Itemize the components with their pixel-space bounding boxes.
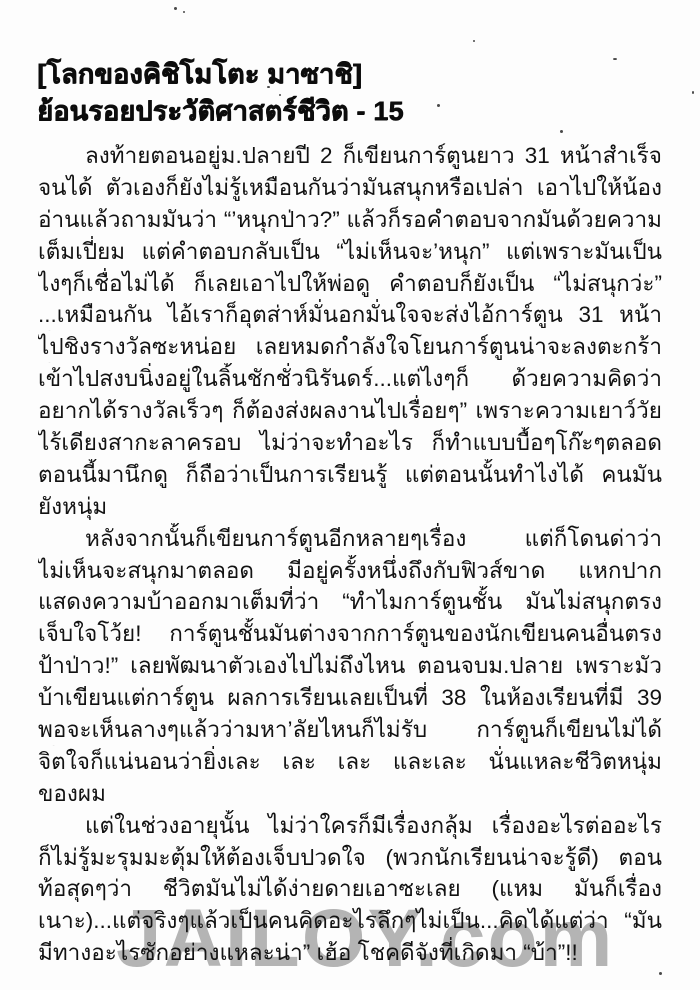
scan-speck <box>560 130 563 133</box>
text-line: บ้าเขียนแต่การ์ตูน ผลการเรียนเลยเป็นที่ … <box>38 682 662 714</box>
paragraph: แต่ในช่วงอายุนั้น ไม่ว่าใครก็มีเรื่องกลุ… <box>38 810 662 969</box>
scan-speck <box>613 58 617 60</box>
scan-speck <box>473 40 475 42</box>
text-line: ไร้เดียงสากะลาครอบ ไม่ว่าจะทำอะไร ก็ทำแบ… <box>38 427 662 459</box>
text-line: ไม่เห็นจะสนุกมาตลอด มีอยู่ครั้งหนึ่งถึงก… <box>38 555 662 587</box>
text-line: จนได้ ตัวเองก็ยังไม่รู้เหมือนกันว่ามันสน… <box>38 172 662 204</box>
series-title: [โลกของคิชิโมโตะ มาซาชิ] <box>37 56 404 93</box>
text-line: ป้าป่าว!” เลยพัฒนาตัวเองไปไม่ถึงไหน ตอนจ… <box>38 650 662 682</box>
paragraph: ลงท้ายตอนอยู่ม.ปลายปี 2 ก็เขียนการ์ตูนยา… <box>38 140 662 523</box>
text-line: ก็ไม่รู้มะรุมมะตุ้มให้ต้องเจ็บปวดใจ (พวก… <box>38 842 662 874</box>
text-line: ท้อสุดๆว่า ชีวิตมันไม่ได้ง่ายดายเอาซะเลย… <box>38 873 662 905</box>
text-line: ไปชิงรางวัลซะหน่อย เลยหมดกำลังใจโยนการ์ต… <box>38 331 662 363</box>
text-line: ยังหนุ่ม <box>38 491 662 523</box>
section-title: ย้อนรอยประวัติศาสตร์ชีวิต - 15 <box>37 93 404 130</box>
paragraph: หลังจากนั้นก็เขียนการ์ตูนอีกหลายๆเรื่อง … <box>38 523 662 810</box>
text-line: เจ็บใจโว้ย! การ์ตูนชั้นมันต่างจากการ์ตูน… <box>38 618 662 650</box>
scan-speck <box>659 972 662 975</box>
text-line: ไงๆก็เชื่อไม่ได้ ก็เลยเอาไปให้พ่อดู คำตอ… <box>38 268 662 300</box>
text-line: อยากได้รางวัลเร็วๆ ก็ต้องส่งผลงานไปเรื่อ… <box>38 395 662 427</box>
text-line: ...เหมือนกัน ไอ้เราก็อุตส่าห์มั่นอกมั่นใ… <box>38 299 662 331</box>
text-line: เต็มเปี่ยม แต่คำตอบกลับเป็น “ไม่เห็นจะ’ห… <box>38 236 662 268</box>
text-line: มีทางอะไรซักอย่างแหละน่า” เฮ้อ โชคดีจังท… <box>38 937 662 969</box>
text-line: จิตใจก็แน่นอนว่ายิ่งเละ เละ เละ และเละ น… <box>38 746 662 778</box>
scan-speck <box>183 11 185 13</box>
scan-speck <box>437 104 440 107</box>
text-line: แต่ในช่วงอายุนั้น ไม่ว่าใครก็มีเรื่องกลุ… <box>38 810 662 842</box>
body-text: ลงท้ายตอนอยู่ม.ปลายปี 2 ก็เขียนการ์ตูนยา… <box>38 140 662 969</box>
text-line: พอจะเห็นลางๆแล้วว่ามหา’ลัยไหนก็ไม่รับ กา… <box>38 714 662 746</box>
scan-speck <box>174 7 177 10</box>
text-line: ลงท้ายตอนอยู่ม.ปลายปี 2 ก็เขียนการ์ตูนยา… <box>38 140 662 172</box>
scan-speck <box>692 91 694 94</box>
text-line: เข้าไปสงบนิ่งอยู่ในลิ้นชักชั่วนิรันดร์..… <box>38 363 662 395</box>
scanned-book-page: JAILOY.com [โลกของคิชิโมโตะ มาซาชิ] ย้อน… <box>0 0 700 990</box>
text-line: หลังจากนั้นก็เขียนการ์ตูนอีกหลายๆเรื่อง … <box>38 523 662 555</box>
text-line: ตอนนี้มานึกดู ก็ถือว่าเป็นการเรียนรู้ แต… <box>38 459 662 491</box>
text-line: แสดงความบ้าออกมาเต็มที่ว่า “ทำไมการ์ตูนช… <box>38 586 662 618</box>
text-line: อ่านแล้วถามมันว่า “’หนุกป่าว?” แล้วก็รอค… <box>38 204 662 236</box>
text-line: เนาะ)...แต่จริงๆแล้วเป็นคนคิดอะไรลึกๆไม่… <box>38 905 662 937</box>
chapter-heading: [โลกของคิชิโมโตะ มาซาชิ] ย้อนรอยประวัติศ… <box>37 56 404 130</box>
text-line: ของผม <box>38 778 662 810</box>
